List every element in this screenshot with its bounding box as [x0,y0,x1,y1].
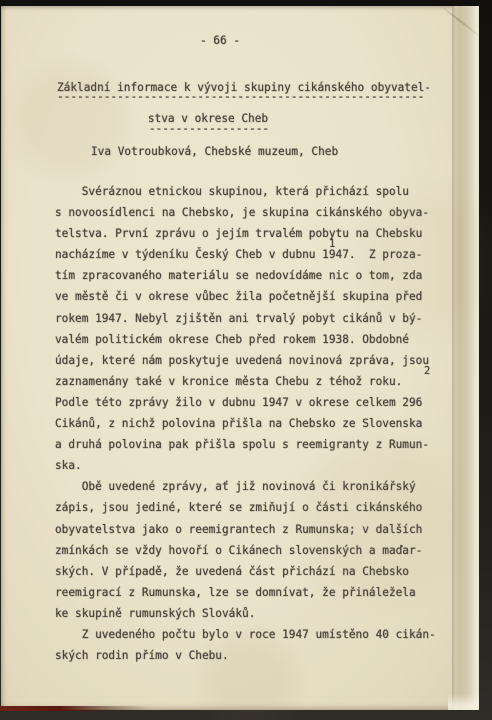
page-edge-stack [452,6,479,710]
text-line: Podle této zprávy žilo v dubnu 1947 v ok… [55,392,436,413]
text-line: údaje, které nám poskytuje uvedená novin… [55,350,436,371]
text-line: s novoosídlenci na Chebsko, je skupina c… [55,202,436,223]
text-line: tím zpracovaného materiálu se nedovídáme… [55,265,436,286]
title-underline-2: ------------------ [0,123,418,135]
text-line: Z uvedeného počtu bylo v roce 1947 umíst… [55,624,436,645]
footnote-mark-1: 1 [329,239,335,249]
text-line: ských rodin přímo v Chebu. [55,645,436,666]
text-line: Obě uvedené zprávy, ať již novinová či k… [55,476,436,497]
title-underline-1: ----------------------------------------… [57,91,424,103]
text-line: ve městě či v okrese vůbec žila početněj… [55,286,436,307]
text-line: reemigrací z Rumunska, lze se domnívat, … [55,582,436,603]
text-line: telstva. První zprávu o jejím trvalém po… [55,223,436,244]
text-line: zápis, jsou jediné, které se zmiňují o č… [55,497,436,518]
author-line: Iva Votroubková, Chebské muzeum, Cheb [91,145,338,159]
page-number: - 66 - [0,34,440,48]
text-line: obyvatelstva jako o reemigrantech z Rumu… [55,519,436,540]
text-line: Cikánů, z nichž polovina přišla na Chebs… [55,413,436,434]
body-text: Svéráznou etnickou skupinou, která přich… [55,181,436,666]
scan-artifact-red-streak [0,706,150,711]
page-corner-highlight [448,694,479,710]
text-line: zmínkách se vždy hovoří o Cikánech slove… [55,540,436,561]
text-line: a druhá polovina pak přišla spolu s reem… [55,434,436,455]
text-line: Svéráznou etnickou skupinou, která přich… [55,181,436,202]
scanned-document: - 66 - Základní informace k vývoji skupi… [0,0,492,720]
text-line: valém politickém okrese Cheb před rokem … [55,329,436,350]
text-line: zaznamenány také v kronice města Chebu z… [55,371,436,392]
text-line: ských. V případě, že uvedená část přichá… [55,561,436,582]
text-line: ska. [55,455,436,476]
text-line: nacházíme v týdeníku Český Cheb v dubnu … [55,244,436,265]
footnote-mark-2: 2 [424,366,430,376]
text-line: rokem 1947. Nebyl zjištěn ani trvalý pob… [55,308,436,329]
text-line: ke skupině rumunských Slováků. [55,603,436,624]
